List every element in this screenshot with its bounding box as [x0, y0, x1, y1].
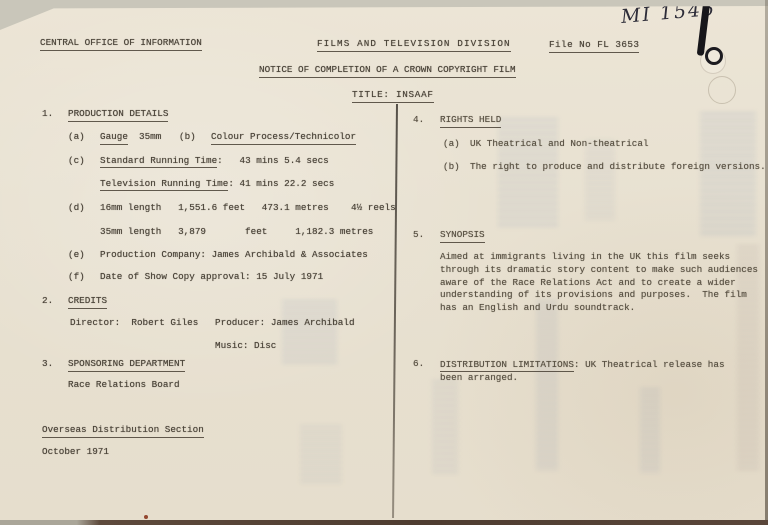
show-copy-approval: Date of Show Copy approval: 15 July 1971: [100, 271, 323, 283]
section-3-number: 3.: [42, 358, 53, 370]
synopsis-text: Aimed at immigrants living in the UK thi…: [440, 251, 758, 315]
document-page: MI 1545 CENTRAL OFFICE OF INFORMATION FI…: [0, 0, 768, 525]
ink-bleed-smudge: [300, 425, 342, 485]
item-c-label: (c): [68, 155, 85, 167]
header-division: FILMS AND TELEVISION DIVISION: [317, 38, 511, 52]
rights-item-a: UK Theatrical and Non-theatrical: [470, 138, 649, 150]
length-16mm: 16mm length 1,551.6 feet 473.1 metres 4½…: [100, 202, 396, 214]
treasury-tag-ring: [705, 47, 723, 65]
length-35mm: 35mm length 3,879 feet 1,182.3 metres: [100, 226, 373, 238]
ink-bleed-smudge: [585, 140, 615, 220]
column-divider: [392, 104, 398, 518]
section-6-heading: DISTRIBUTION LIMITATIONS: [440, 359, 574, 372]
standard-running-time: Standard Running Time: 43 mins 5.4 secs: [100, 155, 329, 167]
ink-bleed-smudge: [700, 112, 756, 237]
television-running-time-label: Television Running Time: [100, 178, 228, 191]
rights-item-a-label: (a): [443, 138, 460, 150]
overseas-distribution-section: Overseas Distribution Section: [42, 424, 204, 438]
gauge-label: Gauge: [100, 131, 128, 145]
item-f-label: (f): [68, 271, 85, 283]
section-1-number: 1.: [42, 108, 53, 120]
section-5-number: 5.: [413, 229, 424, 241]
rights-item-b-label: (b): [443, 161, 460, 173]
rights-item-b: The right to produce and distribute fore…: [470, 161, 766, 173]
credits-music: Music: Disc: [215, 340, 276, 352]
header-file-number: File No FL 3653: [549, 39, 639, 53]
punch-hole-outline: [708, 76, 736, 104]
paper-speck: [144, 515, 148, 519]
scan-bottom-edge: [0, 520, 768, 525]
item-a-label: (a): [68, 131, 85, 143]
header-office: CENTRAL OFFICE OF INFORMATION: [40, 37, 202, 51]
section-4-heading: RIGHTS HELD: [440, 114, 501, 128]
film-title: TITLE: INSAAF: [352, 89, 434, 103]
item-b-label: (b): [179, 131, 196, 143]
sponsoring-department: Race Relations Board: [68, 379, 180, 391]
distribution-limitations: DISTRIBUTION LIMITATIONS: UK Theatrical …: [440, 358, 725, 384]
ink-bleed-smudge: [536, 300, 558, 470]
standard-running-time-label: Standard Running Time: [100, 155, 217, 168]
television-running-time-value: : 41 mins 22.2 secs: [228, 178, 334, 189]
section-1-heading: PRODUCTION DETAILS: [68, 108, 168, 122]
production-company: Production Company: James Archibald & As…: [100, 249, 368, 261]
section-2-number: 2.: [42, 295, 53, 307]
section-4-number: 4.: [413, 114, 424, 126]
item-d-label: (d): [68, 202, 85, 214]
section-6-number: 6.: [413, 358, 424, 370]
standard-running-time-value: : 43 mins 5.4 secs: [217, 155, 329, 166]
ink-bleed-smudge: [432, 380, 458, 475]
ink-bleed-smudge: [498, 118, 558, 228]
item-e-label: (e): [68, 249, 85, 261]
section-5-heading: SYNOPSIS: [440, 229, 485, 243]
colour-process: Colour Process/Technicolor: [211, 131, 356, 145]
television-running-time: Television Running Time: 41 mins 22.2 se…: [100, 178, 334, 190]
ink-bleed-smudge: [282, 300, 337, 365]
section-2-heading: CREDITS: [68, 295, 107, 309]
notice-title: NOTICE OF COMPLETION OF A CROWN COPYRIGH…: [259, 64, 516, 78]
footer-date: October 1971: [42, 446, 109, 458]
gauge-value: 35mm: [139, 131, 161, 143]
credits-director-producer: Director: Robert Giles Producer: James A…: [70, 317, 355, 329]
ink-bleed-smudge: [640, 388, 660, 473]
section-3-heading: SPONSORING DEPARTMENT: [68, 358, 185, 372]
